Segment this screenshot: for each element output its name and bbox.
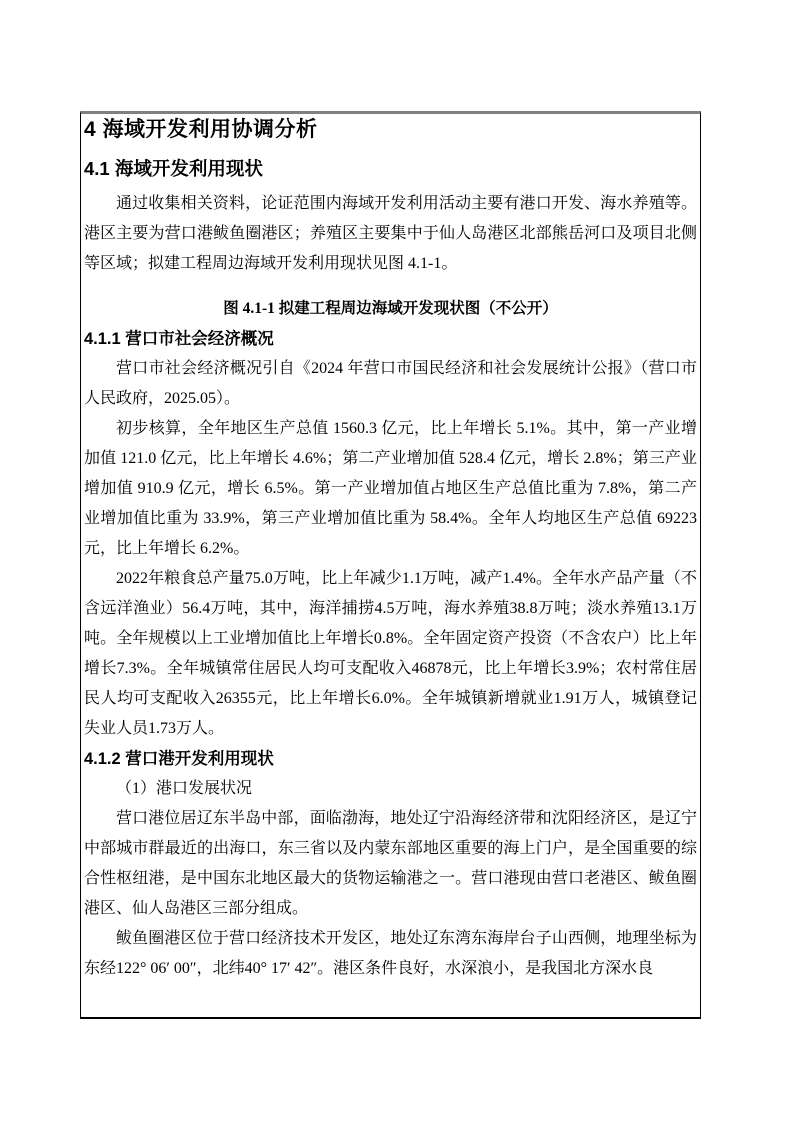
- paragraph-gdp-statistics: 初步核算，全年地区生产总值 1560.3 亿元，比上年增长 5.1%。其中，第一…: [84, 414, 697, 564]
- content-table-cell: 4 海域开发利用协调分析 4.1 海域开发利用现状 通过收集相关资料，论证范围内…: [80, 111, 701, 1019]
- subsection-heading-4-1-1: 4.1.1 营口市社会经济概况: [84, 324, 697, 354]
- paragraph-economy-statistics: 2022年粮食总产量75.0万吨，比上年减少1.1万吨，减产1.4%。全年水产品…: [84, 564, 697, 744]
- paragraph-section-intro: 通过收集相关资料，论证范围内海域开发利用活动主要有港口开发、海水养殖等。港区主要…: [84, 189, 697, 279]
- list-item-port-development: （1）港口发展状况: [84, 774, 697, 804]
- chapter-heading: 4 海域开发利用协调分析: [84, 116, 697, 144]
- document-page: 4 海域开发利用协调分析 4.1 海域开发利用现状 通过收集相关资料，论证范围内…: [0, 0, 793, 1122]
- paragraph-statistics-source: 营口市社会经济概况引自《2024 年营口市国民经济和社会发展统计公报》（营口市人…: [84, 354, 697, 414]
- paragraph-port-overview: 营口港位居辽东半岛中部，面临渤海，地处辽宁沿海经济带和沈阳经济区，是辽宁中部城市…: [84, 804, 697, 924]
- section-heading-4-1: 4.1 海域开发利用现状: [84, 154, 697, 184]
- figure-caption: 图 4.1-1 拟建工程周边海域开发现状图（不公开）: [84, 294, 697, 324]
- paragraph-bayuquan-port: 鲅鱼圈港区位于营口经济技术开发区，地处辽东湾东海岸台子山西侧，地理坐标为东经12…: [84, 924, 697, 984]
- subsection-heading-4-1-2: 4.1.2 营口港开发利用现状: [84, 744, 697, 774]
